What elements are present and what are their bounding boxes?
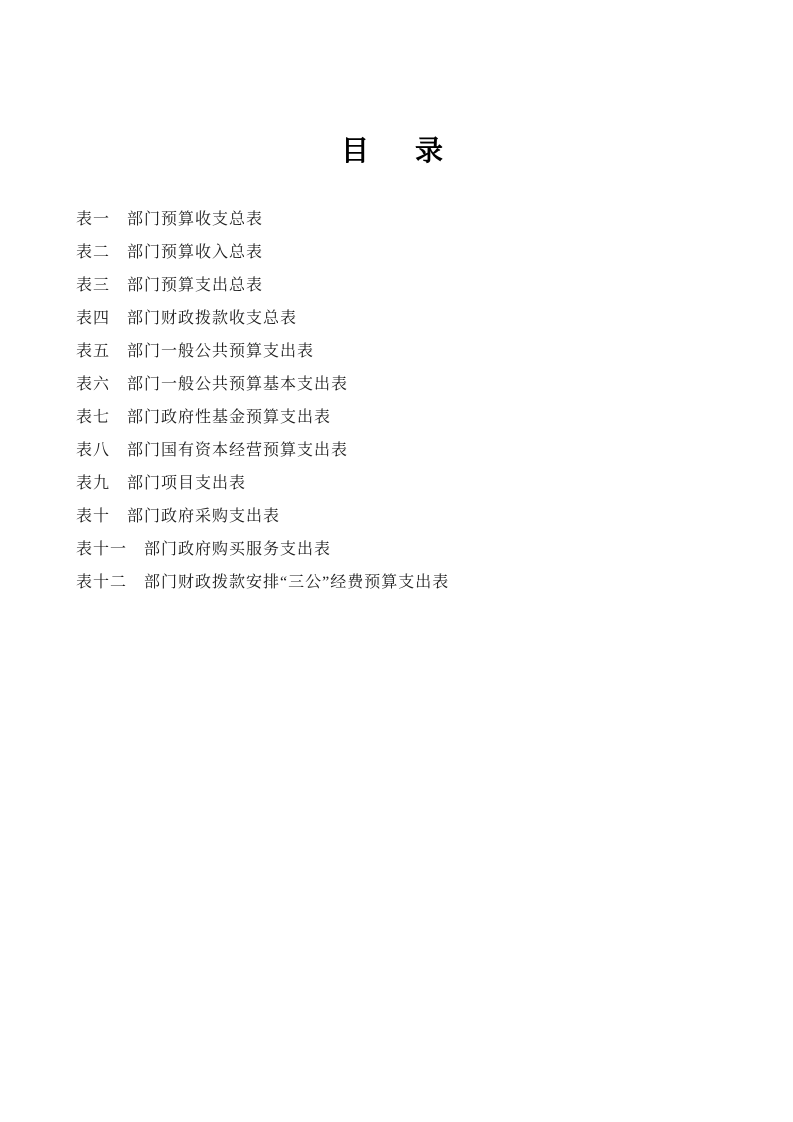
toc-entry-12: 表十二 部门财政拨款安排“三公”经费预算支出表 bbox=[76, 566, 793, 599]
toc-list: 表一 部门预算收支总表 表二 部门预算收入总表 表三 部门预算支出总表 表四 部… bbox=[76, 203, 793, 599]
toc-entry-7: 表七 部门政府性基金预算支出表 bbox=[76, 401, 793, 434]
document-page: 目 录 表一 部门预算收支总表 表二 部门预算收入总表 表三 部门预算支出总表 … bbox=[0, 0, 793, 1122]
toc-entry-11: 表十一 部门政府购买服务支出表 bbox=[76, 533, 793, 566]
page-title: 目 录 bbox=[0, 0, 793, 165]
toc-entry-5: 表五 部门一般公共预算支出表 bbox=[76, 335, 793, 368]
toc-entry-2: 表二 部门预算收入总表 bbox=[76, 236, 793, 269]
toc-entry-8: 表八 部门国有资本经营预算支出表 bbox=[76, 434, 793, 467]
toc-entry-10: 表十 部门政府采购支出表 bbox=[76, 500, 793, 533]
toc-entry-4: 表四 部门财政拨款收支总表 bbox=[76, 302, 793, 335]
toc-entry-9: 表九 部门项目支出表 bbox=[76, 467, 793, 500]
toc-entry-3: 表三 部门预算支出总表 bbox=[76, 269, 793, 302]
toc-entry-6: 表六 部门一般公共预算基本支出表 bbox=[76, 368, 793, 401]
toc-entry-1: 表一 部门预算收支总表 bbox=[76, 203, 793, 236]
